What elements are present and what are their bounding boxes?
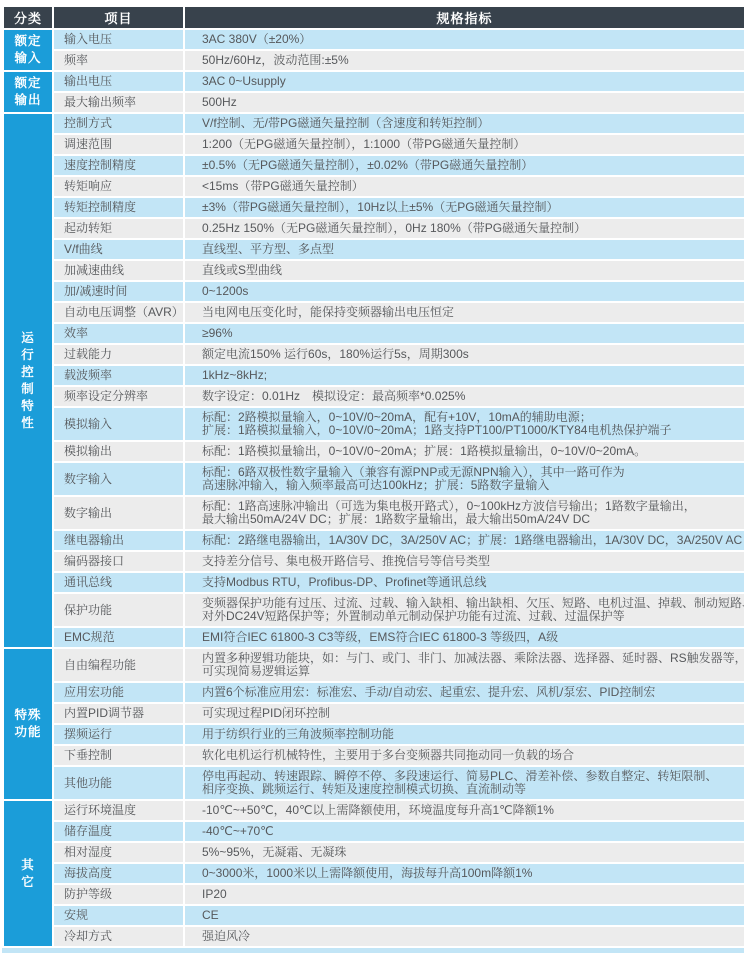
item-cell: 防护等级 bbox=[53, 884, 184, 905]
spec-line: 对外DC24V短路保护等；外置制动单元制动保护功能有过流、过载、过温保护等 bbox=[202, 610, 742, 623]
spec-line: 数字设定：0.01Hz 模拟设定：最高频率*0.025% bbox=[202, 390, 742, 403]
item-cell: 内置PID调节器 bbox=[53, 703, 184, 724]
spec-line: 标配：2路继电器输出，1A/30V DC，3A/250V AC；扩展：1路继电器… bbox=[202, 534, 742, 547]
table-row: 下垂控制软化电机运行机械特性，主要用于多台变频器共同拖动同一负载的场合 bbox=[3, 745, 745, 766]
table-row: 摆频运行用于纺织行业的三角波频率控制功能 bbox=[3, 724, 745, 745]
table-row: 频率50Hz/60Hz，波动范围:±5% bbox=[3, 50, 745, 71]
table-row: 调速范围1:200（无PG磁通矢量控制），1:1000（带PG磁通矢量控制） bbox=[3, 134, 745, 155]
item-cell: 下垂控制 bbox=[53, 745, 184, 766]
item-cell: 转矩控制精度 bbox=[53, 197, 184, 218]
category-label-line: 额定 bbox=[4, 75, 52, 92]
spec-cell: 50Hz/60Hz，波动范围:±5% bbox=[184, 50, 745, 71]
category-cell: 特殊功能 bbox=[3, 648, 53, 800]
spec-cell: 支持Modbus RTU，Profibus-DP、Profinet等通讯总线 bbox=[184, 572, 745, 593]
spec-line: 用于纺织行业的三角波频率控制功能 bbox=[202, 728, 742, 741]
item-cell: 其他功能 bbox=[53, 766, 184, 800]
spec-line: <15ms（带PG磁通矢量控制） bbox=[202, 180, 742, 193]
item-cell: 频率 bbox=[53, 50, 184, 71]
item-cell: 加减速曲线 bbox=[53, 260, 184, 281]
spec-line: 50Hz/60Hz，波动范围:±5% bbox=[202, 54, 742, 67]
item-cell: 继电器输出 bbox=[53, 530, 184, 551]
spec-cell: 软化电机运行机械特性，主要用于多台变频器共同拖动同一负载的场合 bbox=[184, 745, 745, 766]
spec-line: 0~1200s bbox=[202, 285, 742, 298]
spec-line: 0~3000米，1000米以上需降额使用，海拔每升高100m降额1% bbox=[202, 867, 742, 880]
spec-cell: 标配：6路双极性数字量输入（兼容有源PNP或无源NPN输入），其中一路可作为高速… bbox=[184, 462, 745, 496]
item-cell: 输入电压 bbox=[53, 29, 184, 50]
spec-cell: 标配：2路继电器输出，1A/30V DC，3A/250V AC；扩展：1路继电器… bbox=[184, 530, 745, 551]
item-cell: 自动电压调整（AVR） bbox=[53, 302, 184, 323]
item-cell: 编码器接口 bbox=[53, 551, 184, 572]
spec-cell: -10℃~+50℃，40℃以上需降额使用，环境温度每升高1℃降额1% bbox=[184, 800, 745, 821]
spec-cell: 0.25Hz 150%（无PG磁通矢量控制），0Hz 180%（带PG磁通矢量控… bbox=[184, 218, 745, 239]
table-row: 其他功能停电再起动、转速跟踪、瞬停不停、多段速运行、简易PLC、滑差补偿、参数自… bbox=[3, 766, 745, 800]
table-row: 额定输出输出电压3AC 0~Usupply bbox=[3, 71, 745, 92]
spec-cell: EMI符合IEC 61800-3 C3等级，EMS符合IEC 61800-3 等… bbox=[184, 627, 745, 648]
spec-cell: 0~1200s bbox=[184, 281, 745, 302]
table-row: 应用宏功能内置6个标准应用宏：标准宏、手动/自动宏、起重宏、提升宏、风机/泵宏、… bbox=[3, 682, 745, 703]
spec-cell: V/f控制、无/带PG磁通矢量控制（含速度和转矩控制） bbox=[184, 113, 745, 134]
table-row: 模拟输出标配：1路模拟量输出，0~10V/0~20mA；扩展：1路模拟量输出，0… bbox=[3, 441, 745, 462]
spec-line: 1kHz~8kHz; bbox=[202, 369, 742, 382]
category-label-line: 额定 bbox=[4, 33, 52, 50]
spec-line: IP20 bbox=[202, 888, 742, 901]
spec-cell: 直线型、平方型、多点型 bbox=[184, 239, 745, 260]
spec-table-body: 额定输入输入电压3AC 380V（±20%）频率50Hz/60Hz，波动范围:±… bbox=[3, 29, 745, 947]
spec-cell: CE bbox=[184, 905, 745, 926]
item-cell: V/f曲线 bbox=[53, 239, 184, 260]
table-row: 其它运行环境温度-10℃~+50℃，40℃以上需降额使用，环境温度每升高1℃降额… bbox=[3, 800, 745, 821]
spec-cell: -40℃~+70℃ bbox=[184, 821, 745, 842]
category-cell: 运行控制特性 bbox=[3, 113, 53, 648]
item-cell: 保护功能 bbox=[53, 593, 184, 627]
spec-line: 最大输出50mA/24V DC；扩展：1路数字量输出，最大输出50mA/24V … bbox=[202, 513, 742, 526]
spec-table: 分类 项目 规格指标 额定输入输入电压3AC 380V（±20%）频率50Hz/… bbox=[2, 5, 746, 948]
spec-line: 0.25Hz 150%（无PG磁通矢量控制），0Hz 180%（带PG磁通矢量控… bbox=[202, 222, 742, 235]
table-row: 转矩控制精度±3%（带PG磁通矢量控制），10Hz以上±5%（无PG磁通矢量控制… bbox=[3, 197, 745, 218]
spec-line: 可实现过程PID闭环控制 bbox=[202, 707, 742, 720]
table-row: 自动电压调整（AVR）当电网电压变化时，能保持变频器输出电压恒定 bbox=[3, 302, 745, 323]
spec-cell: 0~3000米，1000米以上需降额使用，海拔每升高100m降额1% bbox=[184, 863, 745, 884]
spec-line: V/f控制、无/带PG磁通矢量控制（含速度和转矩控制） bbox=[202, 117, 742, 130]
item-cell: 相对湿度 bbox=[53, 842, 184, 863]
spec-line: 支持差分信号、集电极开路信号、推挽信号等信号类型 bbox=[202, 555, 742, 568]
table-row: 频率设定分辨率数字设定：0.01Hz 模拟设定：最高频率*0.025% bbox=[3, 386, 745, 407]
table-row: 起动转矩0.25Hz 150%（无PG磁通矢量控制），0Hz 180%（带PG磁… bbox=[3, 218, 745, 239]
table-row: EMC规范EMI符合IEC 61800-3 C3等级，EMS符合IEC 6180… bbox=[3, 627, 745, 648]
spec-cell: 变频器保护功能有过压、过流、过载、输入缺相、输出缺相、欠压、短路、电机过温、掉载… bbox=[184, 593, 745, 627]
spec-cell: 额定电流150% 运行60s，180%运行5s，周期300s bbox=[184, 344, 745, 365]
category-label-line: 控 bbox=[4, 364, 52, 381]
spec-line: ±0.5%（无PG磁通矢量控制），±0.02%（带PG磁通矢量控制） bbox=[202, 159, 742, 172]
spec-line: 高速脉冲输入，输入频率最高可达100kHz；扩展：5路数字量输入 bbox=[202, 479, 742, 492]
spec-line: 3AC 0~Usupply bbox=[202, 75, 742, 88]
spec-cell: <15ms（带PG磁通矢量控制） bbox=[184, 176, 745, 197]
spec-cell: 直线或S型曲线 bbox=[184, 260, 745, 281]
table-row: 额定输入输入电压3AC 380V（±20%） bbox=[3, 29, 745, 50]
item-cell: 数字输入 bbox=[53, 462, 184, 496]
table-row: 保护功能变频器保护功能有过压、过流、过载、输入缺相、输出缺相、欠压、短路、电机过… bbox=[3, 593, 745, 627]
item-cell: 过载能力 bbox=[53, 344, 184, 365]
spec-line: CE bbox=[202, 909, 742, 922]
item-cell: 模拟输出 bbox=[53, 441, 184, 462]
item-cell: 转矩响应 bbox=[53, 176, 184, 197]
spec-cell: 用于纺织行业的三角波频率控制功能 bbox=[184, 724, 745, 745]
spec-cell: 强迫风冷 bbox=[184, 926, 745, 947]
table-row: 过载能力额定电流150% 运行60s，180%运行5s，周期300s bbox=[3, 344, 745, 365]
item-cell: 数字输出 bbox=[53, 496, 184, 530]
table-row: 储存温度-40℃~+70℃ bbox=[3, 821, 745, 842]
category-label-line: 行 bbox=[4, 347, 52, 364]
category-cell: 额定输入 bbox=[3, 29, 53, 71]
item-cell: 加/减速时间 bbox=[53, 281, 184, 302]
item-cell: 储存温度 bbox=[53, 821, 184, 842]
header-category: 分类 bbox=[3, 6, 53, 29]
table-row: 载波频率1kHz~8kHz; bbox=[3, 365, 745, 386]
category-label-line: 运 bbox=[4, 330, 52, 347]
spec-line: 500Hz bbox=[202, 96, 742, 109]
table-row: 数字输出标配：1路高速脉冲输出（可选为集电极开路式），0~100kHz方波信号输… bbox=[3, 496, 745, 530]
category-label-line: 输入 bbox=[4, 50, 52, 67]
spec-cell: 支持差分信号、集电极开路信号、推挽信号等信号类型 bbox=[184, 551, 745, 572]
table-row: 最大输出频率500Hz bbox=[3, 92, 745, 113]
table-row: 冷却方式强迫风冷 bbox=[3, 926, 745, 947]
item-cell: 速度控制精度 bbox=[53, 155, 184, 176]
table-row: 特殊功能自由编程功能内置多种逻辑功能块，如：与门、或门、非门、加减法器、乘除法器… bbox=[3, 648, 745, 682]
spec-cell: 标配：1路模拟量输出，0~10V/0~20mA；扩展：1路模拟量输出，0~10V… bbox=[184, 441, 745, 462]
spec-cell: 当电网电压变化时，能保持变频器输出电压恒定 bbox=[184, 302, 745, 323]
spec-cell: 5%~95%，无凝霜、无凝珠 bbox=[184, 842, 745, 863]
spec-cell: ±0.5%（无PG磁通矢量控制），±0.02%（带PG磁通矢量控制） bbox=[184, 155, 745, 176]
spec-cell: 3AC 0~Usupply bbox=[184, 71, 745, 92]
spec-cell: ±3%（带PG磁通矢量控制），10Hz以上±5%（无PG磁通矢量控制） bbox=[184, 197, 745, 218]
item-cell: 控制方式 bbox=[53, 113, 184, 134]
spec-cell: IP20 bbox=[184, 884, 745, 905]
spec-cell: 500Hz bbox=[184, 92, 745, 113]
table-row: 加/减速时间0~1200s bbox=[3, 281, 745, 302]
spec-line: 3AC 380V（±20%） bbox=[202, 33, 742, 46]
item-cell: 最大输出频率 bbox=[53, 92, 184, 113]
header-spec: 规格指标 bbox=[184, 6, 745, 29]
table-row: 安规CE bbox=[3, 905, 745, 926]
spec-line: ±3%（带PG磁通矢量控制），10Hz以上±5%（无PG磁通矢量控制） bbox=[202, 201, 742, 214]
spec-line: 扩展：1路模拟量输入，0~10V/0~20mA；1路支持PT100/PT1000… bbox=[202, 424, 742, 437]
spec-cell: 内置6个标准应用宏：标准宏、手动/自动宏、起重宏、提升宏、风机/泵宏、PID控制… bbox=[184, 682, 745, 703]
spec-line: 支持Modbus RTU，Profibus-DP、Profinet等通讯总线 bbox=[202, 576, 742, 589]
table-row: 效率≥96% bbox=[3, 323, 745, 344]
item-cell: 调速范围 bbox=[53, 134, 184, 155]
table-row: 内置PID调节器可实现过程PID闭环控制 bbox=[3, 703, 745, 724]
category-label-line: 功能 bbox=[4, 724, 52, 741]
item-cell: 摆频运行 bbox=[53, 724, 184, 745]
table-row: 运行控制特性控制方式V/f控制、无/带PG磁通矢量控制（含速度和转矩控制） bbox=[3, 113, 745, 134]
item-cell: 频率设定分辨率 bbox=[53, 386, 184, 407]
table-row: 防护等级IP20 bbox=[3, 884, 745, 905]
table-row: 模拟输入标配：2路模拟量输入，0~10V/0~20mA，配有+10V，10mA的… bbox=[3, 407, 745, 441]
category-label-line: 性 bbox=[4, 415, 52, 432]
spec-line: 内置6个标准应用宏：标准宏、手动/自动宏、起重宏、提升宏、风机/泵宏、PID控制… bbox=[202, 686, 742, 699]
table-row: 数字输入标配：6路双极性数字量输入（兼容有源PNP或无源NPN输入），其中一路可… bbox=[3, 462, 745, 496]
spec-sheet: 分类 项目 规格指标 额定输入输入电压3AC 380V（±20%）频率50Hz/… bbox=[0, 0, 746, 953]
table-row: 速度控制精度±0.5%（无PG磁通矢量控制），±0.02%（带PG磁通矢量控制） bbox=[3, 155, 745, 176]
item-cell: 效率 bbox=[53, 323, 184, 344]
category-label-line: 特 bbox=[4, 398, 52, 415]
bottom-border-bar bbox=[2, 948, 744, 953]
spec-line: 强迫风冷 bbox=[202, 930, 742, 943]
category-label-line: 其 bbox=[4, 857, 52, 874]
spec-line: 当电网电压变化时，能保持变频器输出电压恒定 bbox=[202, 306, 742, 319]
spec-cell: 1kHz~8kHz; bbox=[184, 365, 745, 386]
table-row: 相对湿度5%~95%，无凝霜、无凝珠 bbox=[3, 842, 745, 863]
spec-line: ≥96% bbox=[202, 327, 742, 340]
item-cell: 载波频率 bbox=[53, 365, 184, 386]
table-row: 编码器接口支持差分信号、集电极开路信号、推挽信号等信号类型 bbox=[3, 551, 745, 572]
spec-line: 直线型、平方型、多点型 bbox=[202, 243, 742, 256]
spec-line: 5%~95%，无凝霜、无凝珠 bbox=[202, 846, 742, 859]
spec-line: 额定电流150% 运行60s，180%运行5s，周期300s bbox=[202, 348, 742, 361]
spec-cell: 标配：2路模拟量输入，0~10V/0~20mA，配有+10V，10mA的辅助电源… bbox=[184, 407, 745, 441]
spec-cell: 内置多种逻辑功能块，如：与门、或门、非门、加减法器、乘除法器、选择器、延时器、R… bbox=[184, 648, 745, 682]
spec-line: 标配：1路模拟量输出，0~10V/0~20mA；扩展：1路模拟量输出，0~10V… bbox=[202, 445, 742, 458]
spec-cell: 停电再起动、转速跟踪、瞬停不停、多段速运行、简易PLC、滑差补偿、参数自整定、转… bbox=[184, 766, 745, 800]
category-cell: 其它 bbox=[3, 800, 53, 947]
category-label-line: 制 bbox=[4, 381, 52, 398]
item-cell: 自由编程功能 bbox=[53, 648, 184, 682]
spec-line: -40℃~+70℃ bbox=[202, 825, 742, 838]
spec-cell: 1:200（无PG磁通矢量控制），1:1000（带PG磁通矢量控制） bbox=[184, 134, 745, 155]
table-row: 转矩响应<15ms（带PG磁通矢量控制） bbox=[3, 176, 745, 197]
item-cell: 模拟输入 bbox=[53, 407, 184, 441]
spec-cell: 标配：1路高速脉冲输出（可选为集电极开路式），0~100kHz方波信号输出；1路… bbox=[184, 496, 745, 530]
item-cell: 冷却方式 bbox=[53, 926, 184, 947]
table-row: 加减速曲线直线或S型曲线 bbox=[3, 260, 745, 281]
spec-cell: 3AC 380V（±20%） bbox=[184, 29, 745, 50]
spec-cell: 数字设定：0.01Hz 模拟设定：最高频率*0.025% bbox=[184, 386, 745, 407]
item-cell: 应用宏功能 bbox=[53, 682, 184, 703]
spec-cell: ≥96% bbox=[184, 323, 745, 344]
category-label-line: 特殊 bbox=[4, 707, 52, 724]
table-row: 海拔高度0~3000米，1000米以上需降额使用，海拔每升高100m降额1% bbox=[3, 863, 745, 884]
spec-line: 1:200（无PG磁通矢量控制），1:1000（带PG磁通矢量控制） bbox=[202, 138, 742, 151]
item-cell: 输出电压 bbox=[53, 71, 184, 92]
header-row: 分类 项目 规格指标 bbox=[3, 6, 745, 29]
category-label-line: 它 bbox=[4, 874, 52, 891]
table-row: 继电器输出标配：2路继电器输出，1A/30V DC，3A/250V AC；扩展：… bbox=[3, 530, 745, 551]
spec-line: 相序变换、跳频运行、转矩及速度控制模式切换、直流制动等 bbox=[202, 783, 742, 796]
spec-line: 直线或S型曲线 bbox=[202, 264, 742, 277]
table-row: V/f曲线直线型、平方型、多点型 bbox=[3, 239, 745, 260]
spec-line: EMI符合IEC 61800-3 C3等级，EMS符合IEC 61800-3 等… bbox=[202, 631, 742, 644]
category-cell: 额定输出 bbox=[3, 71, 53, 113]
spec-line: 可实现简易逻辑运算 bbox=[202, 665, 742, 678]
spec-line: 软化电机运行机械特性，主要用于多台变频器共同拖动同一负载的场合 bbox=[202, 749, 742, 762]
item-cell: 海拔高度 bbox=[53, 863, 184, 884]
spec-line: -10℃~+50℃，40℃以上需降额使用，环境温度每升高1℃降额1% bbox=[202, 804, 742, 817]
item-cell: 起动转矩 bbox=[53, 218, 184, 239]
item-cell: EMC规范 bbox=[53, 627, 184, 648]
category-label-line: 输出 bbox=[4, 92, 52, 109]
item-cell: 安规 bbox=[53, 905, 184, 926]
header-item: 项目 bbox=[53, 6, 184, 29]
item-cell: 通讯总线 bbox=[53, 572, 184, 593]
item-cell: 运行环境温度 bbox=[53, 800, 184, 821]
table-row: 通讯总线支持Modbus RTU，Profibus-DP、Profinet等通讯… bbox=[3, 572, 745, 593]
spec-cell: 可实现过程PID闭环控制 bbox=[184, 703, 745, 724]
